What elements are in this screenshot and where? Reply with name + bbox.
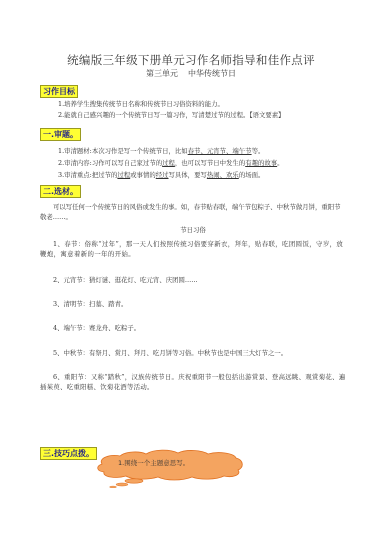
- item-text: ，也可以写节日中发生的: [175, 159, 245, 167]
- material-intro: 可以写任何一个传统节日的风俗或发生的事。如，春节贴春联，端午节包粽子、中秋节做月…: [40, 202, 346, 222]
- underlined-text: 春节、元宵节、端午节: [188, 147, 252, 155]
- underlined-text: 经过: [156, 171, 169, 179]
- custom-item: 6、重阳节：又称“踏秋”，汉族传统节日。庆祝重阳节一般包括出游赏景、登高远眺、观…: [40, 372, 346, 392]
- item-text: 或事情的: [130, 171, 156, 179]
- goals-heading: 习作目标: [40, 85, 78, 98]
- custom-item: 1、春节：俗称“过年”，那一天人们按照传统习俗要穿新衣，拜年，贴春联，吃团圆饭，…: [40, 239, 346, 259]
- cloud-tip-text: 1.围绕一个主题意思写。: [118, 458, 189, 467]
- custom-item: 5、中秋节：有祭月、赏月、拜月、吃月饼等习俗。中秋节也是中国三大灯节之一。: [40, 348, 346, 358]
- customs-title: 节日习俗: [40, 225, 346, 235]
- custom-item: 3、清明节：扫墓、踏青。: [40, 299, 346, 309]
- topic-review-item: 3.审清重点:把过节的过程或事情的经过写具体，要写热闹、欢乐的场面。: [58, 171, 264, 180]
- item-text: 等。: [252, 147, 265, 155]
- document-subtitle: 第三单元中华传统节日: [0, 68, 382, 79]
- item-text: 。: [277, 159, 283, 167]
- item-text: 写具体，要写: [169, 171, 207, 179]
- topic-review-item: 2.审清内容:习作可以写自己家过节的过程，也可以写节日中发生的有趣的故事。: [58, 159, 284, 168]
- underlined-text: 有趣的故事: [245, 159, 277, 167]
- document-title: 统编版三年级下册单元习作名师指导和佳作点评: [0, 52, 382, 68]
- cloud-callout: 1.围绕一个主题意思写。: [96, 448, 246, 488]
- goal-item: 1.培养学生搜集传统节日名称和传统节日习俗资料的能力。: [58, 100, 224, 109]
- topic-review-heading: 一.审题。: [40, 128, 81, 141]
- goal-item: 2.能就自己感兴趣的一个传统节日写一篇习作，写清楚过节的过程。【语文要素】: [58, 111, 285, 120]
- techniques-heading: 三.技巧点拨。: [40, 447, 97, 460]
- unit-label: 第三单元: [146, 69, 178, 78]
- underlined-text: 过程: [117, 171, 130, 179]
- unit-topic: 中华传统节日: [188, 69, 236, 78]
- material-heading: 二.选材。: [40, 185, 81, 198]
- item-text: 1.审清题材:本次习作是写一个传统节日，比如: [58, 147, 188, 155]
- item-text: 3.审清重点:把过节的: [58, 171, 117, 179]
- custom-item: 2、元宵节：猜灯谜、逛花灯、吃元宵、庆团圆……: [40, 275, 346, 285]
- underlined-text: 过程: [162, 159, 175, 167]
- item-text: 2.审清内容:习作可以写自己家过节的: [58, 159, 162, 167]
- cloud-shape-icon: [96, 448, 246, 488]
- custom-item: 4、端午节：赛龙舟、吃粽子。: [40, 323, 346, 333]
- underlined-text: 热闹、欢乐: [207, 171, 239, 179]
- topic-review-item: 1.审清题材:本次习作是写一个传统节日，比如春节、元宵节、端午节等。: [58, 147, 264, 156]
- item-text: 的场面。: [239, 171, 265, 179]
